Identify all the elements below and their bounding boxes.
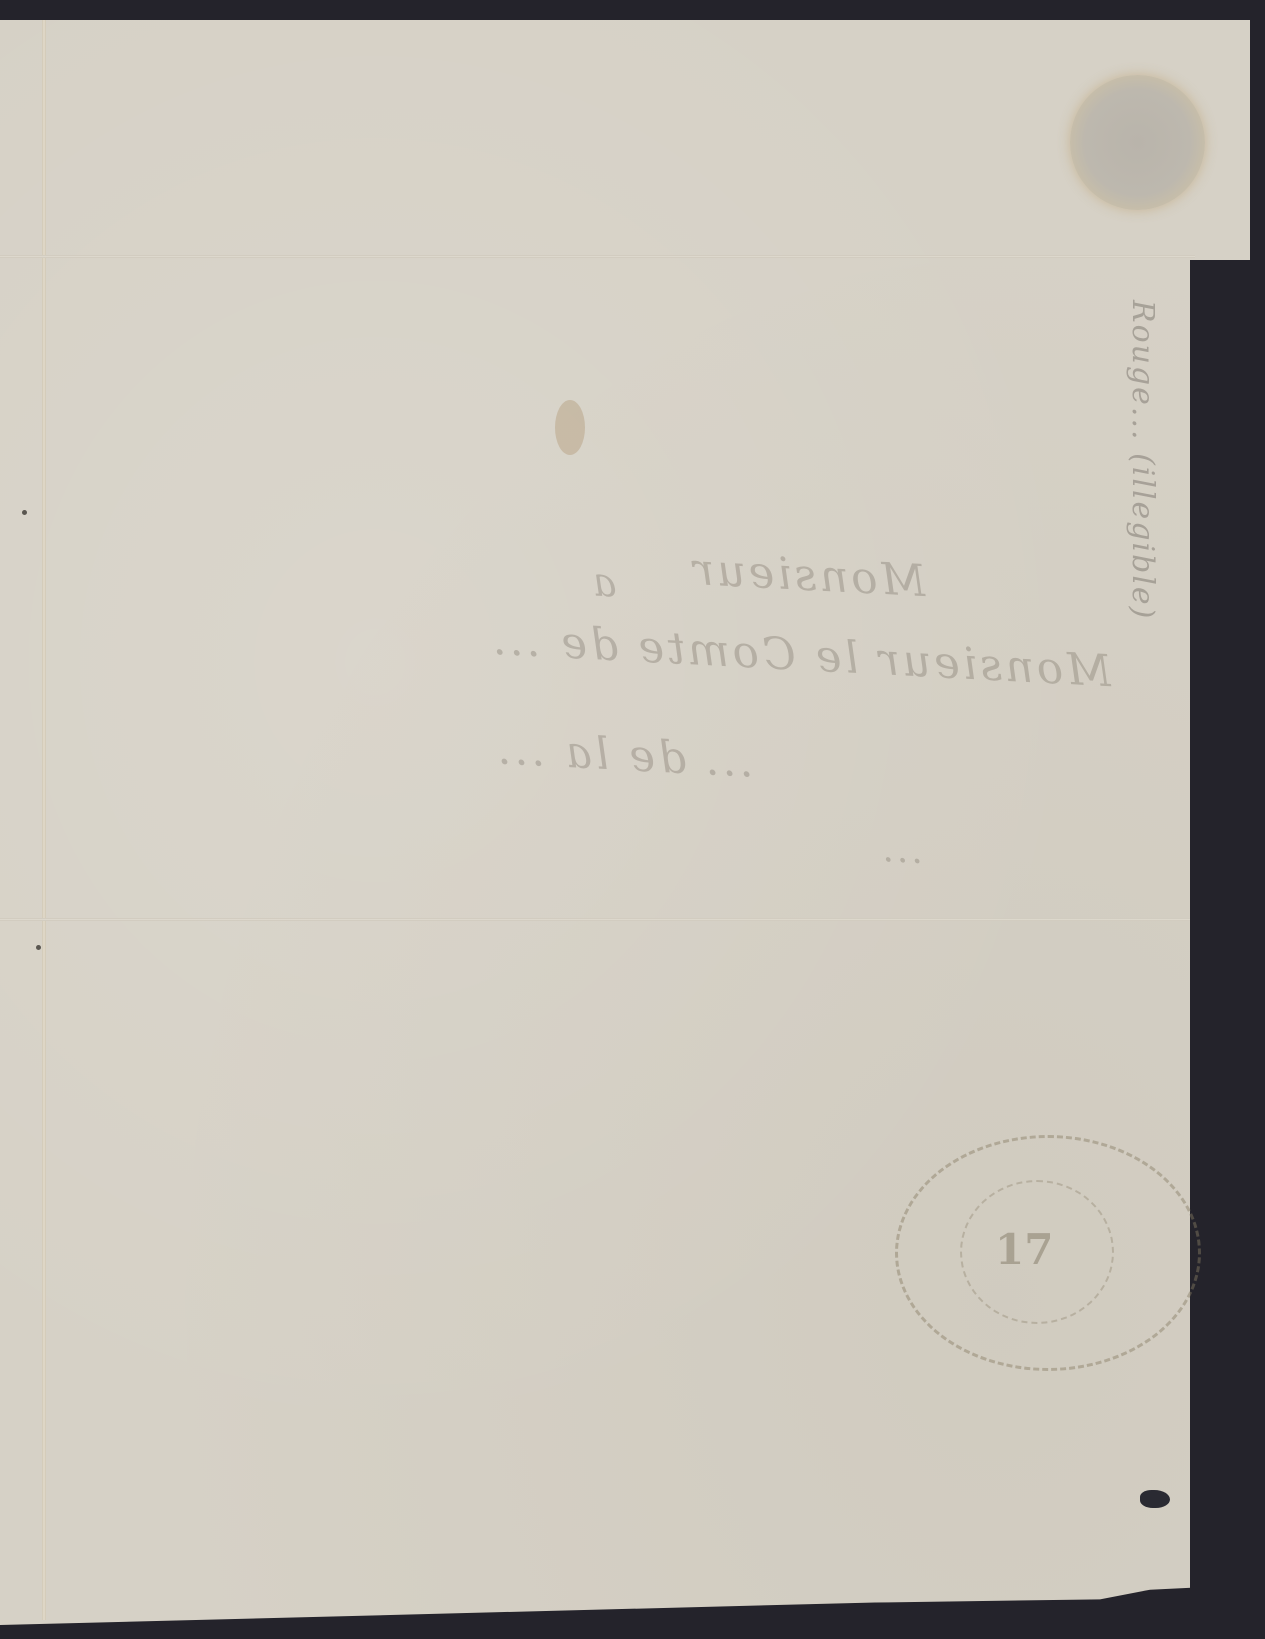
address-line-1: a (589, 559, 618, 606)
address-line-5: ... (879, 829, 924, 872)
ink-dot (22, 510, 27, 515)
scan-background-right (1190, 260, 1265, 1639)
top-fold-line (0, 255, 1195, 258)
wax-seal-stain (1070, 75, 1205, 210)
middle-fold-line (0, 918, 1190, 921)
postmark-date: 17 (995, 1225, 1053, 1274)
ink-stain (555, 400, 585, 455)
margin-annotation: Rouge... (illegible) (1125, 300, 1160, 620)
letter-paper (0, 20, 1250, 1625)
ink-blot (1140, 1490, 1170, 1508)
vertical-fold-line (42, 20, 46, 1620)
ink-dot (36, 945, 41, 950)
